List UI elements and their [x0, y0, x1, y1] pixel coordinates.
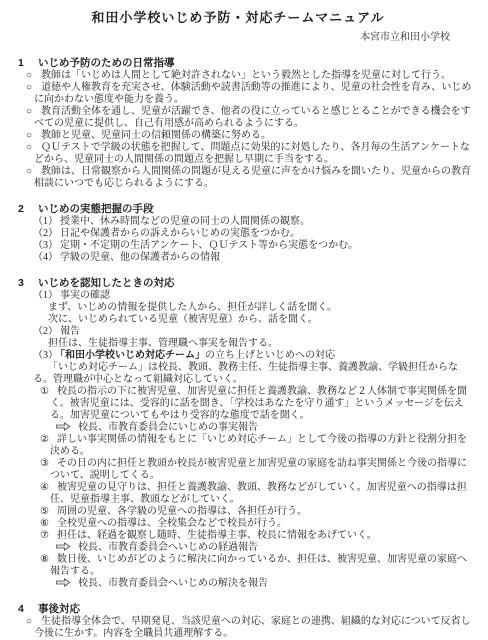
circle-bullet-marker: ○ — [26, 142, 32, 153]
item-number: （4） — [33, 252, 58, 263]
section-title: いじめの実態把握の手段 — [38, 203, 154, 215]
section-title: いじめを認知したときの対応 — [38, 277, 175, 289]
step-text: 数日後、いじめがどのように解決に向かっているか、担任は、被害児童、加害児童の家庭… — [50, 554, 467, 577]
circle-bullet-marker: ○ — [26, 70, 32, 81]
step-number: ⑦ — [40, 530, 49, 541]
item-number: （2） — [33, 228, 58, 239]
document-title: 和田小学校いじめ予防・対応チームマニュアル — [0, 0, 476, 26]
section-number: 2 — [18, 203, 38, 215]
bullet-text: 教師と児童、児童同士の信頼関係の構築に努める。 — [41, 130, 271, 141]
step-text: 詳しい事実関係の情報をもとに「いじめ対応チーム」として今後の指導の方針と役割分担… — [50, 434, 467, 457]
section-4-heading: 4事後対応 — [0, 603, 476, 615]
bullet-text: ＱＵテストで学級の状態を把握して、問題点に効果的に対処したり、各月毎の生活アンケ… — [34, 142, 470, 165]
step-number: ③ — [40, 458, 49, 469]
section-number: 3 — [18, 277, 38, 289]
step-number: ⑤ — [40, 506, 49, 517]
step-text: 周囲の児童、各学級の児童への指導は、各担任が行う。 — [57, 506, 307, 517]
step-number: ④ — [40, 482, 49, 493]
step-number: ② — [40, 434, 49, 445]
document-page: 和田小学校いじめ予防・対応チームマニュアル 本宮市立和田小学校 1いじめ予防のた… — [0, 0, 488, 640]
circle-bullet-marker: ○ — [26, 166, 32, 177]
bullet-text: 生徒指導全体会で、早期発見、当該児童への対応、家庭との連携、組織的な対応について… — [34, 616, 471, 639]
body-line: 次に、いじめられている児童（被害児童）から、話を聞く。 — [0, 314, 476, 326]
section-3-heading: 3いじめを認知したときの対応 — [0, 277, 476, 289]
numbered-item: （1）授業中、休み時間などの児童の同士の人間関係の観察。 — [0, 216, 476, 228]
report-text: 校長、市教育委員会へいじめの解決を報告 — [78, 578, 268, 589]
step-item: ⑧数日後、いじめがどのように解決に向かっているか、担任は、被害児童、加害児童の家… — [0, 554, 476, 578]
item-text: 学級の児童、他の保護者からの情報 — [60, 252, 220, 263]
bullet-item: ○教育活動全体を通し、児童が活躍でき、他者の役に立っていると感じとることができる… — [0, 106, 476, 130]
section-number: 4 — [18, 603, 38, 615]
item-number: （3） — [33, 240, 58, 251]
circle-bullet-marker: ○ — [26, 616, 32, 627]
step-item: ⑤周囲の児童、各学級の児童への指導は、各担任が行う。 — [0, 506, 476, 518]
bullet-item: ○教師は「いじめは人間として絶対許されない」という毅然とした指導を児童に対して行… — [0, 70, 476, 82]
section-2-heading: 2いじめの実態把握の手段 — [0, 203, 476, 215]
team-name-bold: 「和田小学校いじめ対応チーム」 — [60, 350, 205, 361]
body-line: まず、いじめの情報を提供した人から、担任が詳しく話を聞く。 — [0, 302, 476, 314]
bullet-item: ○教師は、日常観察から人間関係の問題が見える児童に声をかけ悩みを聞いたり、児童か… — [0, 166, 476, 190]
step-item: ③その日の内に担任と教頭か校長が被害児童と加害児童の家庭を訪ね事実関係と今後の指… — [0, 458, 476, 482]
item-number: （2） — [33, 326, 58, 337]
item-text: 日記や保護者からの訴えからいじめの実態をつかむ。 — [60, 228, 300, 239]
section-1-heading: 1いじめ予防のための日常指導 — [0, 57, 476, 69]
bullet-item: ○生徒指導全体会で、早期発見、当該児童への対応、家庭との連携、組織的な対応につい… — [0, 616, 476, 640]
item-number: （1） — [33, 216, 58, 227]
report-text: 校長、市教育委員会にいじめの事実報告 — [78, 422, 258, 433]
team-intro-paragraph: 「いじめ対応チーム」は校長、教頭、教務主任、生徒指導主事、養護教諭、学級担任から… — [0, 362, 476, 386]
report-arrow-icon — [55, 422, 71, 431]
report-text: 校長、市教育委員会へいじめの経過報告 — [78, 542, 258, 553]
school-name: 本宮市立和田小学校 — [0, 32, 476, 44]
step-item: ①校長の指示の下に被害児童、加害児童に担任と養護教諭、教務など２人体制で事実関係… — [0, 386, 476, 422]
step-text: その日の内に担任と教頭か校長が被害児童と加害児童の家庭を訪ね事実関係と今後の指導… — [50, 458, 467, 481]
report-arrow-line: 校長、市教育委員会にいじめの事実報告 — [0, 422, 476, 434]
subsection-title: 事実の確認 — [60, 290, 110, 301]
bullet-text: 教師は、日常観察から人間関係の問題が見える児童に声をかけ悩みを聞いたり、児童から… — [34, 166, 471, 189]
bullet-item: ○道徳や人権教育を充実させ、体験活動や読書活動等の推進により、児童の社会性を育み… — [0, 82, 476, 106]
step-item: ⑥全校児童への指導は、全校集会などで校長が行う。 — [0, 518, 476, 530]
step-text: 全校児童への指導は、全校集会などで校長が行う。 — [57, 518, 287, 529]
subsection-heading: （3）「和田小学校いじめ対応チーム」の立ち上げといじめへの対応 — [0, 350, 476, 362]
subsection-title: 報告 — [60, 326, 80, 337]
section-title: 事後対応 — [38, 603, 80, 615]
bullet-text: 教育活動全体を通し、児童が活躍でき、他者の役に立っていると感じとることができる機… — [34, 106, 471, 129]
report-arrow-line: 校長、市教育委員会へいじめの解決を報告 — [0, 578, 476, 590]
circle-bullet-marker: ○ — [26, 82, 32, 93]
step-item: ④被害児童の見守りは、担任と養護教諭、教頭、教務などがしていく。加害児童への指導… — [0, 482, 476, 506]
numbered-item: （2）日記や保護者からの訴えからいじめの実態をつかむ。 — [0, 228, 476, 240]
report-arrow-icon — [55, 578, 71, 587]
body-line: 担任は、生徒指導主事、管理職へ事実を報告する。 — [0, 338, 476, 350]
step-text: 校長の指示の下に被害児童、加害児童に担任と養護教諭、教務など２人体制で事実関係を… — [50, 386, 467, 421]
bullet-text: 道徳や人権教育を充実させ、体験活動や読書活動等の推進により、児童の社会性を育み、… — [34, 82, 471, 105]
step-text: 担任は、経過を観察し随時、生徒指導主事、校長に情報をあげていく。 — [57, 530, 377, 541]
section-title: いじめ予防のための日常指導 — [38, 57, 175, 69]
bullet-item: ○ＱＵテストで学級の状態を把握して、問題点に効果的に対処したり、各月毎の生活アン… — [0, 142, 476, 166]
numbered-item: （3）定期・不定期の生活アンケート、ＱＵテスト等から実態をつかむ。 — [0, 240, 476, 252]
bullet-item: ○教師と児童、児童同士の信頼関係の構築に努める。 — [0, 130, 476, 142]
item-number: （3） — [33, 350, 58, 361]
subsection-heading: （2）報告 — [0, 326, 476, 338]
step-number: ① — [40, 386, 49, 397]
step-number: ⑥ — [40, 518, 49, 529]
step-text: 被害児童の見守りは、担任と養護教諭、教頭、教務などがしていく。加害児童への指導は… — [50, 482, 467, 505]
section-number: 1 — [18, 57, 38, 69]
circle-bullet-marker: ○ — [26, 130, 32, 141]
step-item: ⑦担任は、経過を観察し随時、生徒指導主事、校長に情報をあげていく。 — [0, 530, 476, 542]
subsection-title: の立ち上げといじめへの対応 — [205, 350, 335, 361]
item-text: 定期・不定期の生活アンケート、ＱＵテスト等から実態をつかむ。 — [60, 240, 358, 251]
circle-bullet-marker: ○ — [26, 106, 32, 117]
step-item: ②詳しい事実関係の情報をもとに「いじめ対応チーム」として今後の指導の方針と役割分… — [0, 434, 476, 458]
subsection-heading: （1）事実の確認 — [0, 290, 476, 302]
item-text: 授業中、休み時間などの児童の同士の人間関係の観察。 — [60, 216, 310, 227]
report-arrow-icon — [55, 542, 71, 551]
item-number: （1） — [33, 290, 58, 301]
report-arrow-line: 校長、市教育委員会へいじめの経過報告 — [0, 542, 476, 554]
numbered-item: （4）学級の児童、他の保護者からの情報 — [0, 252, 476, 264]
step-number: ⑧ — [40, 554, 49, 565]
bullet-text: 教師は「いじめは人間として絶対許されない」という毅然とした指導を児童に対して行う… — [41, 70, 451, 81]
